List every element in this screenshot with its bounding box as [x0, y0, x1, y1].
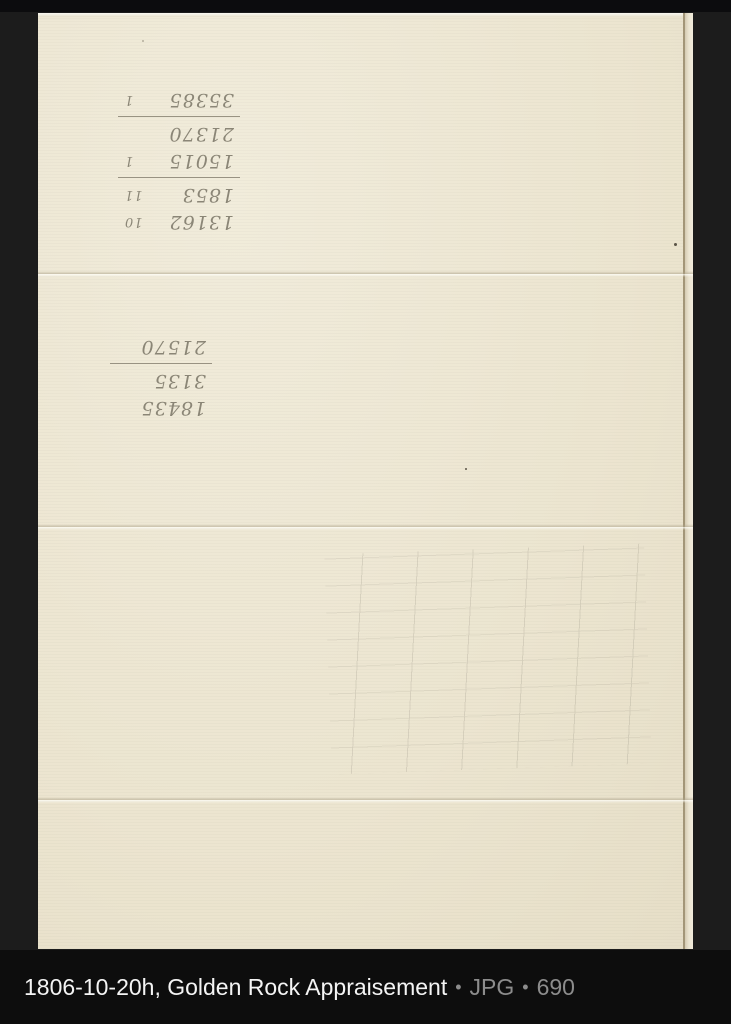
hw-value: 18435 [141, 398, 206, 417]
paper-top-edge [38, 13, 693, 17]
paper-speck [465, 468, 467, 470]
bleed-through-text [324, 543, 651, 774]
hw-value: 35385 [169, 90, 234, 109]
separator-dot: • [455, 977, 461, 998]
document-image[interactable]: 13162 10 1853 11 15015 1 21370 35385 1 [38, 13, 693, 949]
hw-value: 11 [124, 188, 143, 201]
hw-line: 35385 1 [124, 86, 234, 113]
hw-value: 3135 [154, 371, 206, 390]
fold-line [38, 271, 693, 277]
image-title: 1806-10-20h, Golden Rock Appraisement [24, 974, 447, 1001]
caption-bar: 1806-10-20h, Golden Rock Appraisement • … [0, 950, 731, 1024]
handwritten-calculation-1: 13162 10 1853 11 15015 1 21370 35385 1 [124, 75, 234, 235]
hw-value: 10 [124, 215, 143, 228]
hw-rule [118, 177, 240, 178]
hw-rule [110, 363, 212, 364]
hw-line: 15015 1 [124, 147, 234, 174]
separator-dot: • [522, 977, 528, 998]
hw-rule [118, 116, 240, 117]
hw-value: 1853 [182, 185, 234, 204]
hw-line: 1853 11 [124, 181, 234, 208]
file-format: JPG [470, 974, 515, 1001]
hw-line: 3135 [116, 367, 206, 394]
hw-value: 15015 [169, 151, 234, 170]
hw-value: 21370 [169, 124, 234, 143]
hw-value: 13162 [169, 212, 234, 231]
fold-line [38, 524, 693, 530]
hw-line: 18435 [116, 394, 206, 421]
image-viewer: 13162 10 1853 11 15015 1 21370 35385 1 [0, 0, 731, 1024]
paper-speck [142, 40, 144, 42]
fold-line [38, 797, 693, 803]
image-number: 690 [537, 974, 575, 1001]
hw-line: 13162 10 [124, 208, 234, 235]
hw-line: 21570 [116, 333, 206, 360]
hw-value: 1 [124, 154, 133, 167]
top-bar [0, 0, 731, 12]
hw-line: 21370 [124, 120, 234, 147]
hw-value: 1 [124, 93, 133, 106]
handwritten-calculation-2: 18435 3135 21570 [116, 335, 206, 421]
paper-speck [674, 243, 677, 246]
paper-right-margin [683, 13, 693, 949]
hw-value: 21570 [141, 337, 206, 356]
